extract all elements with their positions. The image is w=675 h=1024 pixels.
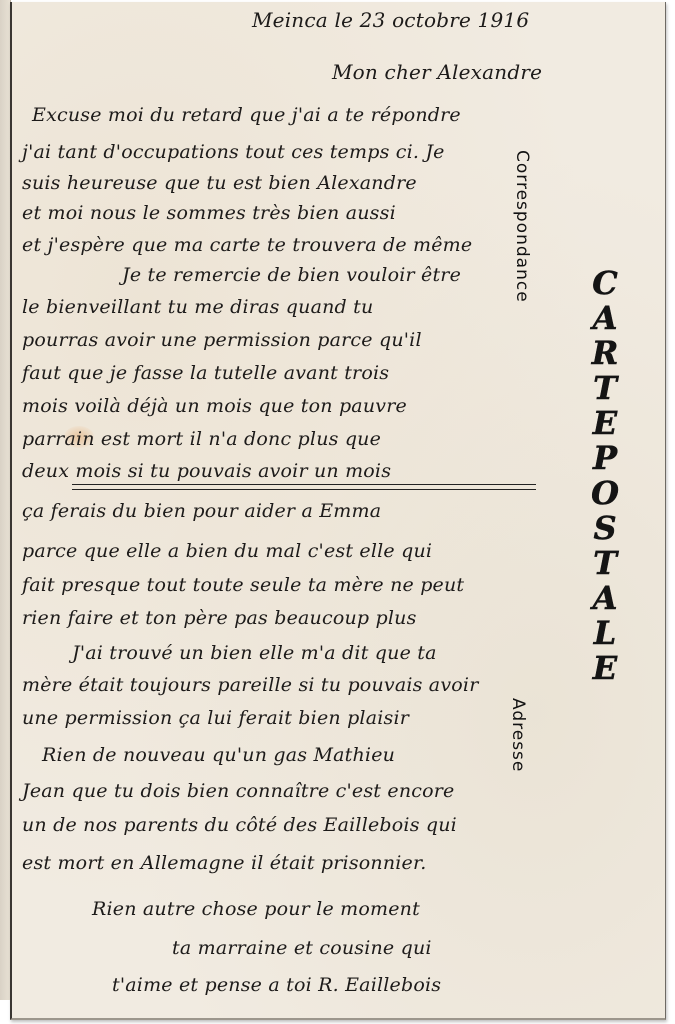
body-line: Rien autre chose pour le moment — [92, 898, 420, 920]
double-underline — [72, 484, 536, 490]
salutation: Mon cher Alexandre — [332, 60, 542, 84]
body-line: parce que elle a bien du mal c'est elle … — [22, 540, 432, 562]
body-line: parrain est mort il n'a donc plus que — [22, 428, 381, 450]
body-line: j'ai tant d'occupations tout ces temps c… — [22, 141, 445, 163]
body-line: Excuse moi du retard que j'ai a te répon… — [32, 104, 461, 126]
body-line: est mort en Allemagne il était prisonnie… — [22, 852, 426, 874]
body-line: le bienveillant tu me diras quand tu — [22, 296, 373, 318]
body-line: Jean que tu dois bien connaître c'est en… — [22, 780, 454, 802]
body-line: suis heureuse que tu est bien Alexandre — [22, 172, 417, 194]
body-line: deux mois si tu pouvais avoir un mois — [22, 460, 391, 482]
ornate-letter: T — [593, 546, 617, 581]
ornate-letter: O — [591, 476, 619, 511]
ornate-letter: R — [592, 336, 619, 371]
signature-line: t'aime et pense a toi R. Eaillebois — [112, 974, 441, 996]
body-line: faut que je fasse la tutelle avant trois — [22, 362, 389, 384]
ornate-letter: L — [594, 616, 617, 651]
postcard: Meinca le 23 octobre 1916 Mon cher Alexa… — [10, 2, 666, 1020]
ornate-letter: E — [593, 406, 617, 441]
body-line: mère était toujours pareille si tu pouva… — [22, 674, 478, 696]
ornate-letter: A — [593, 581, 618, 616]
body-line: rien faire et ton père pas beaucoup plus — [22, 607, 417, 629]
carte-postale-ornate-title: C A R T E P O S T A L E — [580, 266, 630, 686]
body-line: Je te remercie de bien vouloir être — [122, 264, 461, 286]
body-line: mois voilà déjà un mois que ton pauvre — [22, 395, 407, 417]
ornate-letter: A — [593, 301, 618, 336]
body-line: et moi nous le sommes très bien aussi — [22, 202, 396, 224]
closing-line: ta marraine et cousine qui — [172, 937, 432, 959]
body-line: J'ai trouvé un bien elle m'a dit que ta — [72, 642, 437, 664]
body-line: Rien de nouveau qu'un gas Mathieu — [42, 744, 395, 766]
ornate-letter: C — [592, 266, 617, 301]
ornate-letter: E — [593, 651, 617, 686]
ornate-letter: S — [593, 511, 616, 546]
correspondance-label: Correspondance — [512, 150, 532, 303]
date-line: Meinca le 23 octobre 1916 — [252, 8, 529, 32]
ornate-letter: T — [593, 371, 617, 406]
body-line: fait presque tout toute seule ta mère ne… — [22, 574, 464, 596]
adresse-label: Adresse — [508, 698, 528, 772]
body-line: ça ferais du bien pour aider a Emma — [22, 500, 381, 522]
body-line: et j'espère que ma carte te trouvera de … — [22, 234, 472, 256]
body-line: un de nos parents du côté des Eaillebois… — [22, 814, 457, 836]
ornate-letter: P — [593, 441, 617, 476]
body-line: une permission ça lui ferait bien plaisi… — [22, 707, 409, 729]
body-line: pourras avoir une permission parce qu'il — [22, 329, 422, 351]
